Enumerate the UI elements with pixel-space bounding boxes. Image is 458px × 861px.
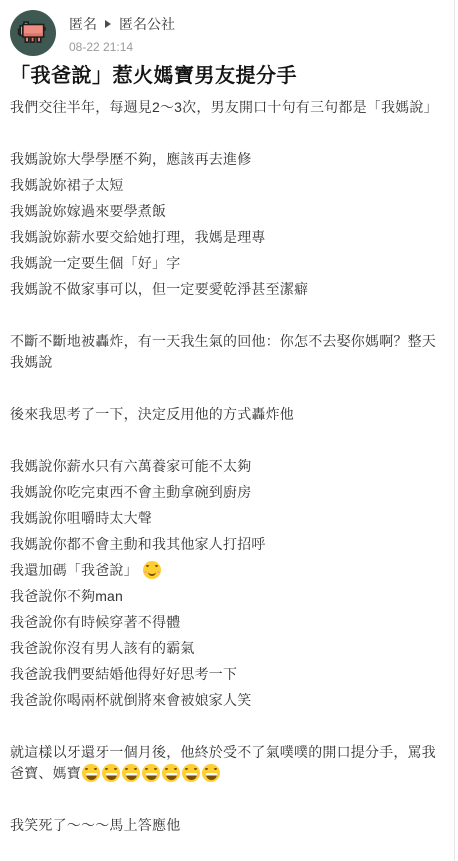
post-paragraph: 我媽說妳裙子太短 (10, 175, 445, 196)
post-paragraph: 我媽說妳大學學歷不夠，應該再去進修 (10, 149, 445, 170)
post-paragraph: 我媽說你吃完東西不會主動拿碗到廚房 (10, 482, 445, 503)
post-meta: 匿名 匿名公社 08-22 21:14 (69, 10, 175, 54)
post-paragraph: 我媽說你咀嚼時太大聲 (10, 508, 445, 529)
grinning-face-with-smiling-eyes-emoji (142, 764, 160, 782)
smiling-face-with-smiling-eyes-emoji (143, 561, 161, 579)
byline: 匿名 匿名公社 (69, 14, 175, 34)
post-paragraph: 不斷不斷地被轟炸，有一天我生氣的回他：你怎不去娶你媽啊？整天我媽說 (10, 331, 445, 373)
post-paragraph: 我們交往半年，每週見2～3次，男友開口十句有三句都是「我媽說」 (10, 97, 445, 118)
breadcrumb-arrow-icon (105, 20, 111, 28)
paragraph-spacer (10, 123, 445, 144)
paragraph-spacer (10, 378, 445, 399)
avatar[interactable] (10, 10, 56, 56)
post-paragraph: 我爸說你有時候穿著不得體 (10, 612, 445, 633)
grinning-face-with-smiling-eyes-emoji (182, 764, 200, 782)
community-link[interactable]: 匿名公社 (119, 14, 175, 34)
post-body: 我們交往半年，每週見2～3次，男友開口十句有三句都是「我媽說」我媽說妳大學學歷不… (0, 97, 454, 861)
paragraph-spacer (10, 716, 445, 737)
grinning-face-with-smiling-eyes-emoji (102, 764, 120, 782)
post-paragraph: 我笑死了～～～馬上答應他 (10, 815, 445, 836)
post-paragraph: 我媽說你薪水只有六萬養家可能不太夠 (10, 456, 445, 477)
grinning-face-with-smiling-eyes-emoji (162, 764, 180, 782)
post-paragraph: 我爸說你不夠man (10, 586, 445, 607)
post-paragraph: 我媽說不做家事可以，但一定要愛乾淨甚至潔癖 (10, 279, 445, 300)
post-paragraph: 我媽說妳嫁過來要學煮飯 (10, 201, 445, 222)
timestamp: 08-22 21:14 (69, 40, 175, 54)
grinning-face-with-smiling-eyes-emoji (122, 764, 140, 782)
paragraph-spacer (10, 430, 445, 451)
post-page: 匿名 匿名公社 08-22 21:14 「我爸說」惹火媽寶男友提分手 我們交往半… (0, 0, 455, 861)
post-paragraph: 我還加碼「我爸說」 (10, 560, 445, 581)
pig-icon (17, 17, 49, 49)
post-paragraph: 我媽說妳薪水要交給她打理，我媽是理專 (10, 227, 445, 248)
post-paragraph: 我爸說你沒有男人該有的霸氣 (10, 638, 445, 659)
post-header: 匿名 匿名公社 08-22 21:14 (0, 0, 454, 56)
grinning-face-with-smiling-eyes-emoji (202, 764, 220, 782)
author-name: 匿名 (69, 14, 97, 34)
paragraph-spacer (10, 789, 445, 810)
post-paragraph: 我爸說我們要結婚他得好好思考一下 (10, 664, 445, 685)
paragraph-spacer (10, 305, 445, 326)
post-paragraph: 我爸說你喝兩杯就倒將來會被娘家人笑 (10, 690, 445, 711)
post-paragraph: 後來我思考了一下，決定反用他的方式轟炸他 (10, 404, 445, 425)
post-paragraph: 就這樣以牙還牙一個月後，他終於受不了氣噗噗的開口提分手，罵我爸寶、媽寶 (10, 742, 445, 784)
grinning-face-with-smiling-eyes-emoji (82, 764, 100, 782)
post-paragraph: 我媽說一定要生個「好」字 (10, 253, 445, 274)
post-paragraph: 我媽說你都不會主動和我其他家人打招呼 (10, 534, 445, 555)
post-title: 「我爸說」惹火媽寶男友提分手 (0, 63, 454, 89)
